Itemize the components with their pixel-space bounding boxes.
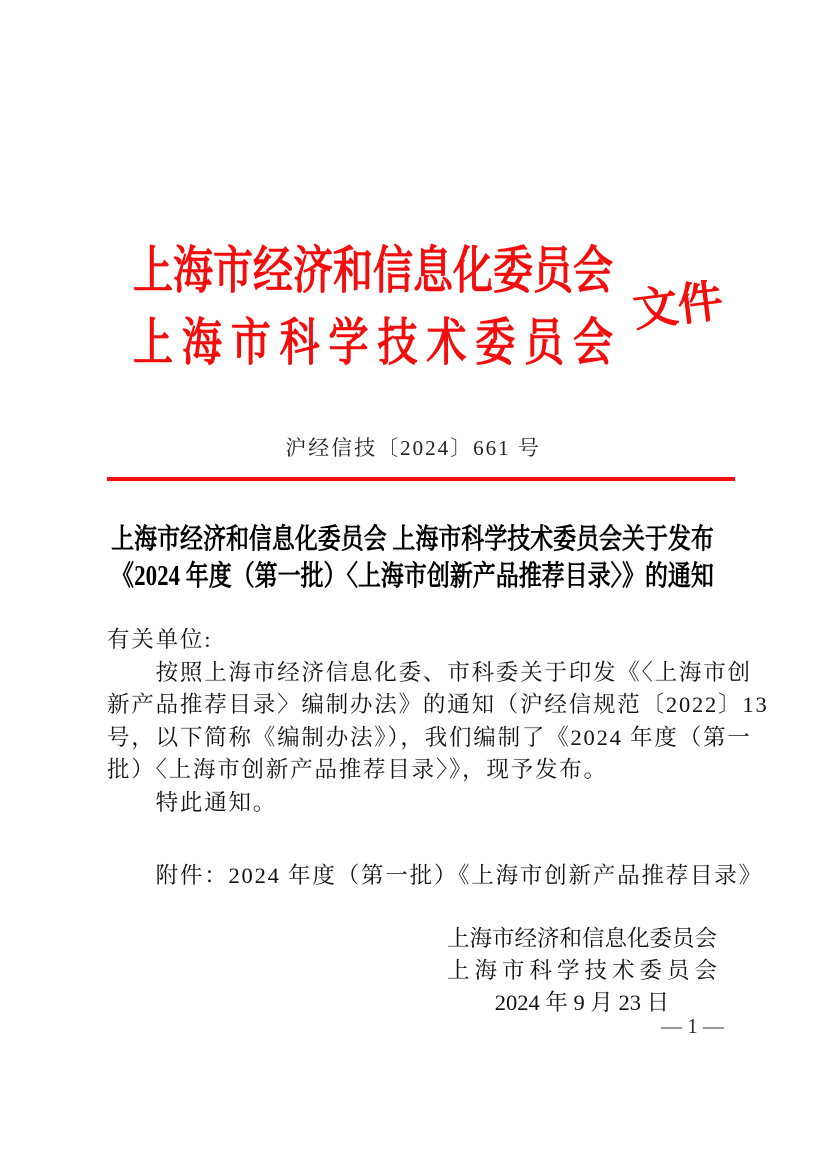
- document-title-line1-text: 上海市经济和信息化委员会 上海市科学技术委员会关于发布: [112, 524, 715, 556]
- letterhead-doc-label: 文件: [631, 279, 726, 335]
- document-title-line2: 《2024 年度（第一批）〈上海市创新产品推荐目录〉》的通知: [0, 561, 826, 593]
- body-text-block: 有关单位: 按照上海市经济信息化委、市科委关于印发《〈上海市创 新产品推荐目录〉…: [107, 624, 747, 820]
- signature-block: 上海市经济和信息化委员会 上海市科学技术委员会 2024 年 9 月 23 日: [447, 923, 717, 1019]
- red-divider-line: [107, 477, 735, 481]
- paragraph-line: 号，以下简称《编制办法》），我们编制了《2024 年度（第一: [107, 722, 747, 755]
- signature-org2: 上海市科学技术委员会: [447, 955, 717, 987]
- salutation-line: 有关单位:: [107, 624, 747, 657]
- document-page: 上海市经济和信息化委员会 上海市科学技术委员会 文件 沪经信技〔2024〕661…: [0, 0, 826, 1169]
- letterhead-org-line2: 上海市科学技术委员会: [133, 318, 613, 369]
- attachment-line: 附件：2024 年度（第一批）《上海市创新产品推荐目录》: [107, 861, 763, 891]
- closing-line: 特此通知。: [107, 787, 747, 820]
- document-title-line1: 上海市经济和信息化委员会 上海市科学技术委员会关于发布: [0, 524, 826, 556]
- document-title-line2-text: 《2024 年度（第一批）〈上海市创新产品推荐目录〉》的通知: [112, 561, 715, 593]
- paragraph-line: 按照上海市经济信息化委、市科委关于印发《〈上海市创: [107, 657, 747, 690]
- letterhead-org-line1: 上海市经济和信息化委员会: [133, 246, 613, 297]
- paragraph-line: 新产品推荐目录〉编制办法》的通知（沪经信规范〔2022〕13: [107, 689, 747, 722]
- document-number: 沪经信技〔2024〕661 号: [0, 432, 826, 462]
- paragraph-line: 批）〈上海市创新产品推荐目录〉》，现予发布。: [107, 754, 747, 787]
- page-number: — 1 —: [661, 1014, 724, 1039]
- signature-org1: 上海市经济和信息化委员会: [447, 923, 717, 955]
